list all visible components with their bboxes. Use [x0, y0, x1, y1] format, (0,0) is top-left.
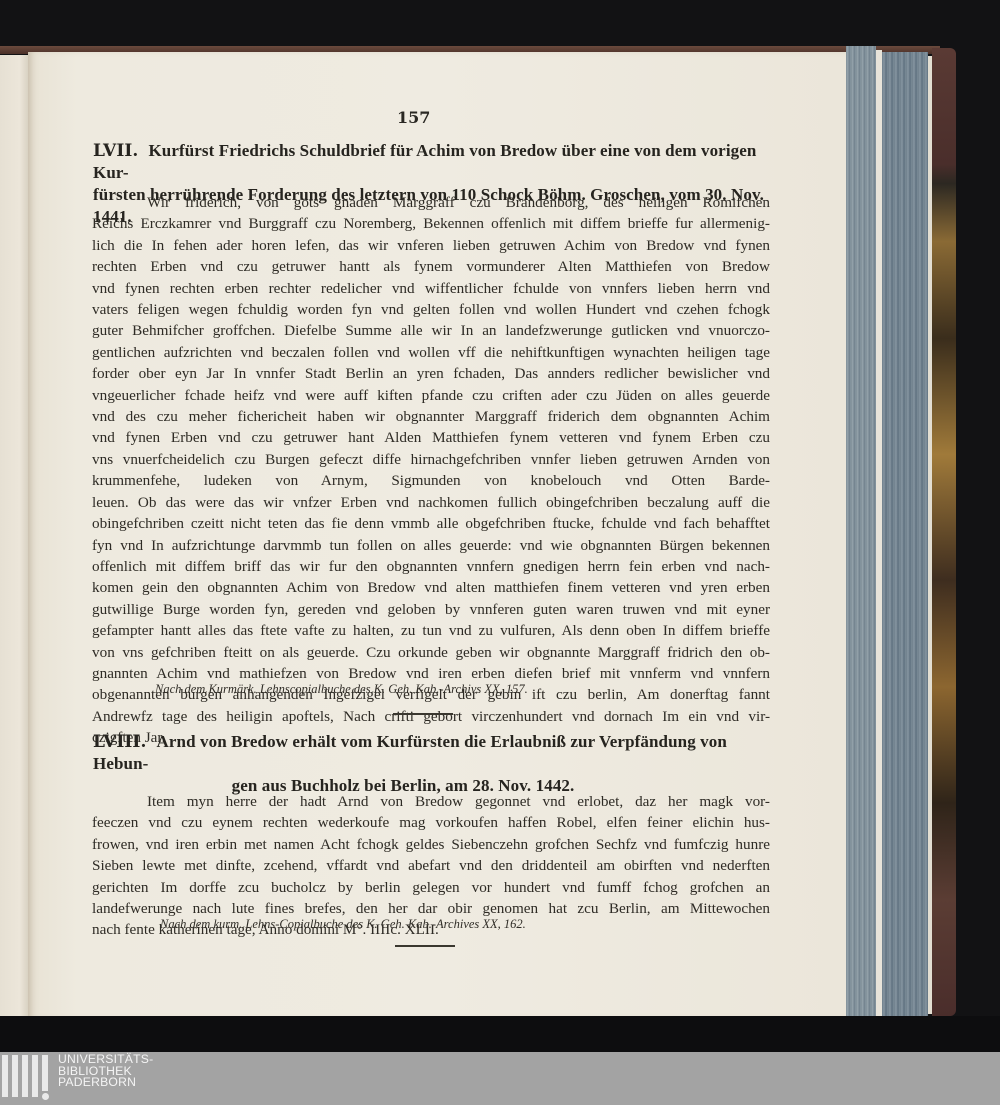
body-line: vns vnuerfcheidelich czu Burgen gefeczt … [92, 449, 770, 470]
body-line: frowen, vnd iren erbin met namen Acht fc… [92, 834, 770, 855]
body-line: gerichten Im dorffe zcu bucholcz by berl… [92, 877, 770, 898]
page-stack-edge-outer [882, 52, 928, 1018]
heading-line-1: Arnd von Bredow erhält vom Kurfürsten di… [93, 732, 727, 773]
library-logo-icon [2, 1055, 48, 1097]
body-line: komen gein den obgnannten Achim von Bred… [92, 577, 770, 598]
body-line: Wir friderich, von gots gnaden Marggraff… [92, 192, 770, 213]
body-line: vaters feligen wegen fchuldig worden fyn… [92, 299, 770, 320]
body-line: feeczen vnd czu eynem rechten wederkoufe… [92, 812, 770, 833]
body-line: vnd fynen rechten erben rechter redelich… [92, 278, 770, 299]
body-line: rechten Erben vnd czu getruwer hantt als… [92, 256, 770, 277]
body-line: Reichs Erczkamrer vnd Burggraff czu Nore… [92, 213, 770, 234]
body-line: leuen. Ob das were das wir vnfzer Erben … [92, 492, 770, 513]
source-citation-lviii: Nach dem kurm. Lehns-Copialbuche des K. … [160, 917, 526, 932]
body-line: vnd fynen Erben vnd czu getruwer hant Al… [92, 427, 770, 448]
document-numeral: LVII. [93, 141, 138, 161]
document-numeral: LVIII. [93, 732, 147, 752]
section-divider [395, 945, 455, 947]
body-line: obingefchriben czeitt nicht teten das fi… [92, 513, 770, 534]
body-line: krummenfehe, ludeken von Arnym, Sigmunde… [92, 470, 770, 491]
body-line: Andrewfz tage des heiligin apoftels, Nac… [92, 706, 770, 727]
university-library-logo: UNIVERSITÄTS- BIBLIOTHEK PADERBORN [0, 1055, 153, 1097]
body-line: vngeuerlicher fchade heifz vnd were auff… [92, 385, 770, 406]
body-line: guter Behmifcher groffchen. Diefelbe Sum… [92, 320, 770, 341]
section-divider [393, 713, 453, 715]
body-line: vnd des czu meher fichericheit haben wir… [92, 406, 770, 427]
scan-bottom-shadow [0, 1016, 1000, 1052]
body-line: gefampter hantt alles das ftete vafte zu… [92, 620, 770, 641]
body-line: Item myn herre der hadt Arnd von Bredow … [92, 791, 770, 812]
body-line: lich die In fehen ader horen lefen, das … [92, 235, 770, 256]
body-line: forder ober eyn Jar In vnnfer Stadt Berl… [92, 363, 770, 384]
document-body-lvii: Wir friderich, von gots gnaden Marggraff… [92, 192, 770, 749]
page-stack-edge [846, 46, 876, 1016]
marbled-cover [932, 48, 956, 1016]
left-page-edge [0, 55, 28, 1019]
body-line: Sieben lewte met dinfte, zcehend, vffard… [92, 855, 770, 876]
source-citation-lvii: Nach dem Kurmärk. Lehnscopialbuche des K… [155, 682, 528, 697]
body-line: gutwillige Burge worden fyn, gereden vnd… [92, 599, 770, 620]
library-logo-text: UNIVERSITÄTS- BIBLIOTHEK PADERBORN [58, 1054, 153, 1089]
body-line: gentlichen aufzrichten vnd beczalen foll… [92, 342, 770, 363]
body-line: von vns gefchriben fteitt on als geuerde… [92, 642, 770, 663]
body-line: offenlich mit diffem briff das wir fur d… [92, 556, 770, 577]
document-heading-lviii: LVIII.Arnd von Bredow erhält vom Kurfürs… [93, 731, 773, 797]
page-number: 157 [397, 108, 430, 127]
body-line: fyn vnd In aufzrichtunge darvmmb tun fol… [92, 535, 770, 556]
heading-line-1: Kurfürst Friedrichs Schuldbrief für Achi… [93, 141, 756, 182]
